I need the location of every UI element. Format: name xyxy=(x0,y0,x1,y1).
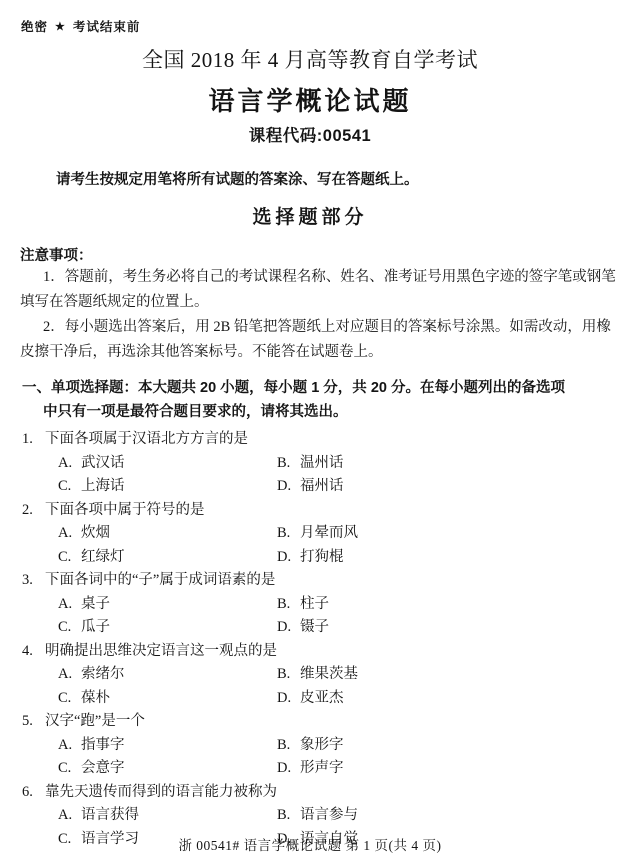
question-number: 6. xyxy=(22,781,45,805)
question-stem: 汉字“跑”是一个 xyxy=(45,713,145,729)
option-text: 炊烟 xyxy=(81,525,110,541)
exam-title: 全国 2018 年 4 月高等教育自学考试 xyxy=(0,44,620,74)
section-heading-line-2: 中只有一项是最符合题目要求的，请将其选出。 xyxy=(43,400,620,424)
question-5-option-b: B.象形字 xyxy=(277,734,344,758)
question-1-option-a: A.武汉话 xyxy=(58,452,277,476)
question-1-option-c: C.上海话 xyxy=(58,475,277,499)
section-heading: 一、单项选择题：本大题共 20 小题，每小题 1 分，共 20 分。在每小题列出… xyxy=(0,376,620,424)
question-5-option-c: C.会意字 xyxy=(58,757,277,781)
question-2-option-b: B.月晕而风 xyxy=(277,522,358,546)
answer-instruction: 请考生按规定用笔将所有试题的答案涂、写在答题纸上。 xyxy=(56,168,620,189)
part-heading: 选择题部分 xyxy=(0,202,620,229)
question-1-option-d: D.福州话 xyxy=(277,475,344,499)
option-label: B. xyxy=(277,734,294,758)
question-stem: 明确提出思维决定语言这一观点的是 xyxy=(45,643,277,659)
question-5-option-a: A.指事字 xyxy=(58,734,277,758)
option-row: A.桌子 B.柱子 xyxy=(58,593,620,617)
option-row: A.指事字 B.象形字 xyxy=(58,734,620,758)
option-row: A.炊烟 B.月晕而风 xyxy=(58,522,620,546)
question-3-option-d: D.镊子 xyxy=(277,616,329,640)
course-code: 课程代码:00541 xyxy=(0,122,620,146)
option-text: 语言参与 xyxy=(300,807,358,823)
option-row: C.葆朴 D.皮亚杰 xyxy=(58,687,620,711)
option-row: C.上海话 D.福州话 xyxy=(58,475,620,499)
option-text: 福州话 xyxy=(300,478,344,494)
option-text: 瓜子 xyxy=(81,619,110,635)
question-4-option-d: D.皮亚杰 xyxy=(277,687,344,711)
star-icon: ★ xyxy=(55,21,66,33)
section-heading-line-1: 一、单项选择题：本大题共 20 小题，每小题 1 分，共 20 分。在每小题列出… xyxy=(22,376,620,400)
option-text: 索绪尔 xyxy=(81,666,125,682)
option-label: B. xyxy=(277,452,294,476)
question-1-option-b: B.温州话 xyxy=(277,452,344,476)
question-3-option-a: A.桌子 xyxy=(58,593,277,617)
option-label: D. xyxy=(277,687,294,711)
option-label: A. xyxy=(58,663,75,687)
option-label: C. xyxy=(58,616,75,640)
notice-item-2-line-1: 2．每小题选出答案后，用 2B 铅笔把答题纸上对应题目的答案标号涂黑。如需改动，… xyxy=(43,315,620,340)
notice-item-1-line-1: 1．答题前，考生务必将自己的考试课程名称、姓名、准考证号用黑色字迹的签字笔或钢笔 xyxy=(43,265,620,290)
option-text: 上海话 xyxy=(81,478,125,494)
option-text: 镊子 xyxy=(300,619,329,635)
option-label: C. xyxy=(58,546,75,570)
question-stem: 下面各词中的“子”属于成词语素的是 xyxy=(45,572,275,588)
question-number: 2. xyxy=(22,499,45,523)
question-6-option-a: A.语言获得 xyxy=(58,804,277,828)
question-stem-row: 6.靠先天遗传而得到的语言能力被称为 xyxy=(22,781,620,805)
option-label: B. xyxy=(277,804,294,828)
question-2-option-a: A.炊烟 xyxy=(58,522,277,546)
question-5-option-d: D.形声字 xyxy=(277,757,344,781)
exam-timing-label: 考试结束前 xyxy=(73,20,141,34)
option-row: A.索绪尔 B.维果茨基 xyxy=(58,663,620,687)
option-label: A. xyxy=(58,734,75,758)
question-1: 1.下面各项属于汉语北方方言的是 A.武汉话 B.温州话 C.上海话 D.福州话 xyxy=(0,428,620,499)
option-label: D. xyxy=(277,757,294,781)
option-text: 打狗棍 xyxy=(300,549,344,565)
question-3: 3.下面各词中的“子”属于成词语素的是 A.桌子 B.柱子 C.瓜子 D.镊子 xyxy=(0,569,620,640)
exam-page: 绝密★考试结束前 全国 2018 年 4 月高等教育自学考试 语言学概论试题 课… xyxy=(0,0,620,866)
option-label: A. xyxy=(58,452,75,476)
question-list: 1.下面各项属于汉语北方方言的是 A.武汉话 B.温州话 C.上海话 D.福州话… xyxy=(0,428,620,851)
option-text: 象形字 xyxy=(300,737,344,753)
option-label: A. xyxy=(58,593,75,617)
question-number: 4. xyxy=(22,640,45,664)
option-text: 月晕而风 xyxy=(300,525,358,541)
question-4-option-b: B.维果茨基 xyxy=(277,663,358,687)
exam-subject-title: 语言学概论试题 xyxy=(0,81,620,118)
option-text: 葆朴 xyxy=(81,690,110,706)
question-4: 4.明确提出思维决定语言这一观点的是 A.索绪尔 B.维果茨基 C.葆朴 D.皮… xyxy=(0,640,620,711)
option-label: D. xyxy=(277,475,294,499)
question-stem-row: 2.下面各项中属于符号的是 xyxy=(22,499,620,523)
question-number: 3. xyxy=(22,569,45,593)
option-label: D. xyxy=(277,546,294,570)
question-4-option-c: C.葆朴 xyxy=(58,687,277,711)
option-label: D. xyxy=(277,616,294,640)
question-stem: 下面各项中属于符号的是 xyxy=(45,502,205,518)
option-label: B. xyxy=(277,522,294,546)
question-stem-row: 4.明确提出思维决定语言这一观点的是 xyxy=(22,640,620,664)
option-label: B. xyxy=(277,663,294,687)
question-stem: 靠先天遗传而得到的语言能力被称为 xyxy=(45,784,277,800)
question-stem-row: 1.下面各项属于汉语北方方言的是 xyxy=(22,428,620,452)
option-text: 柱子 xyxy=(300,596,329,612)
page-footer: 浙 00541# 语言学概论试题 第 1 页(共 4 页) xyxy=(0,834,620,854)
option-text: 桌子 xyxy=(81,596,110,612)
notice-label: 注意事项： xyxy=(20,244,620,265)
option-text: 维果茨基 xyxy=(300,666,358,682)
option-row: C.瓜子 D.镊子 xyxy=(58,616,620,640)
option-text: 形声字 xyxy=(300,760,344,776)
question-number: 5. xyxy=(22,710,45,734)
classification-label: 绝密 xyxy=(21,20,48,34)
option-label: A. xyxy=(58,522,75,546)
question-5: 5.汉字“跑”是一个 A.指事字 B.象形字 C.会意字 D.形声字 xyxy=(0,710,620,781)
option-text: 温州话 xyxy=(300,455,344,471)
option-text: 皮亚杰 xyxy=(300,690,344,706)
option-label: A. xyxy=(58,804,75,828)
option-text: 指事字 xyxy=(81,737,125,753)
question-stem-row: 5.汉字“跑”是一个 xyxy=(22,710,620,734)
option-text: 武汉话 xyxy=(81,455,125,471)
question-2-option-c: C.红绿灯 xyxy=(58,546,277,570)
option-row: A.语言获得 B.语言参与 xyxy=(58,804,620,828)
option-text: 红绿灯 xyxy=(81,549,125,565)
option-label: B. xyxy=(277,593,294,617)
question-2-option-d: D.打狗棍 xyxy=(277,546,344,570)
option-label: C. xyxy=(58,687,75,711)
notice-item-2-line-2: 皮擦干净后，再选涂其他答案标号。不能答在试题卷上。 xyxy=(20,340,620,365)
question-3-option-c: C.瓜子 xyxy=(58,616,277,640)
question-stem-row: 3.下面各词中的“子”属于成词语素的是 xyxy=(22,569,620,593)
option-label: C. xyxy=(58,757,75,781)
notice-item-1-line-2: 填写在答题纸规定的位置上。 xyxy=(20,290,620,315)
option-label: C. xyxy=(58,475,75,499)
option-row: C.会意字 D.形声字 xyxy=(58,757,620,781)
question-4-option-a: A.索绪尔 xyxy=(58,663,277,687)
question-2: 2.下面各项中属于符号的是 A.炊烟 B.月晕而风 C.红绿灯 D.打狗棍 xyxy=(0,499,620,570)
question-number: 1. xyxy=(22,428,45,452)
question-stem: 下面各项属于汉语北方方言的是 xyxy=(45,431,248,447)
option-text: 会意字 xyxy=(81,760,125,776)
option-text: 语言获得 xyxy=(81,807,139,823)
option-row: C.红绿灯 D.打狗棍 xyxy=(58,546,620,570)
question-3-option-b: B.柱子 xyxy=(277,593,329,617)
classification-line: 绝密★考试结束前 xyxy=(21,17,620,35)
option-row: A.武汉话 B.温州话 xyxy=(58,452,620,476)
question-6-option-b: B.语言参与 xyxy=(277,804,358,828)
